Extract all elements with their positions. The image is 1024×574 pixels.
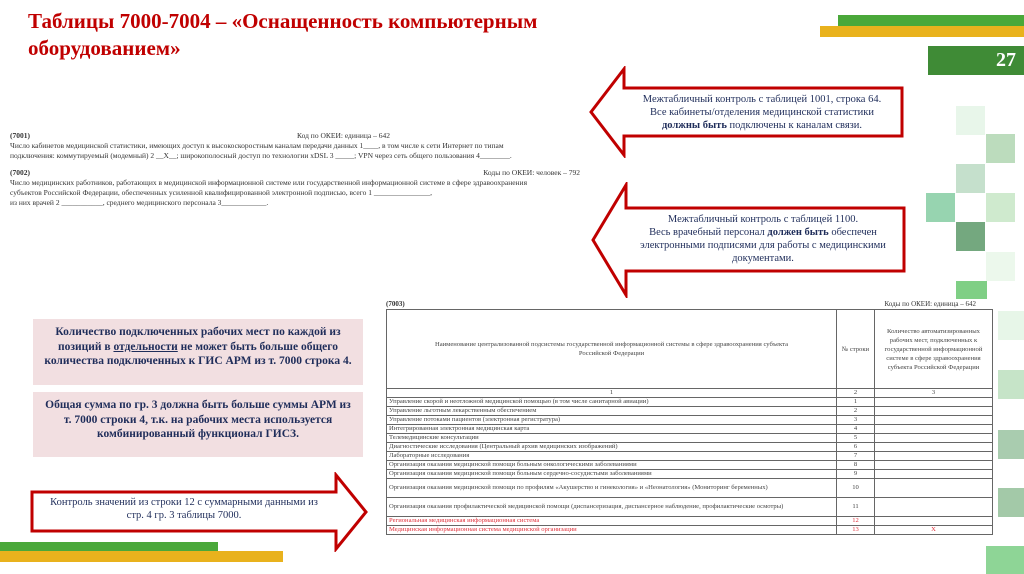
callout-arrow-1: Межтабличный контроль с таблицей 1001, с…	[588, 66, 908, 158]
row-name: Интегрированная электронная медицинская …	[387, 425, 837, 434]
table-7003-section: (7003) Коды по ОКЕИ: единица – 642 Наиме…	[386, 299, 994, 535]
note-box-1: Количество подключенных рабочих мест по …	[33, 319, 363, 385]
table-7003-code: (7003)	[386, 299, 405, 309]
deco-square	[926, 193, 955, 222]
table-header-row: Наименование централизованной подсистемы…	[387, 310, 993, 389]
deco-square	[986, 252, 1015, 281]
row-value-cell[interactable]	[875, 498, 993, 517]
row-name: Организация оказания медицинской помощи …	[387, 470, 837, 479]
form-7001-line: Число кабинетов медицинской статистики, …	[10, 141, 580, 151]
row-value-cell[interactable]	[875, 443, 993, 452]
row-value-cell[interactable]	[875, 398, 993, 407]
deco-square	[986, 546, 1024, 574]
row-name: Организация оказания медицинской помощи …	[387, 479, 837, 498]
row-name: Управление льготным лекарственным обеспе…	[387, 407, 837, 416]
row-number: 4	[837, 425, 875, 434]
column-numbers-row: 1 2 3	[387, 389, 993, 398]
top-yellow-bar	[820, 26, 1024, 37]
form-7002-code: (7002)	[10, 168, 30, 178]
callout-3-text: Контроль значений из строки 12 с суммарн…	[34, 496, 334, 522]
row-number: 5	[837, 434, 875, 443]
deco-square	[998, 488, 1024, 517]
table-row: Управление потоками пациентов (электронн…	[387, 416, 993, 425]
row-name: Управление потоками пациентов (электронн…	[387, 416, 837, 425]
form-7002-line: субъектов Российской Федерации, обеспече…	[10, 188, 580, 198]
row-value-cell[interactable]	[875, 425, 993, 434]
table-row: Диагностические исследования (Центральны…	[387, 443, 993, 452]
table-row: Региональная медицинская информационная …	[387, 517, 993, 526]
bottom-yellow-bar	[0, 551, 283, 562]
row-value-cell[interactable]	[875, 517, 993, 526]
header-count: Количество автоматизированных рабочих ме…	[875, 310, 993, 389]
table-row: Организация оказания медицинской помощи …	[387, 470, 993, 479]
row-value-cell[interactable]	[875, 407, 993, 416]
row-number: 11	[837, 498, 875, 517]
callout-arrow-2: Межтабличный контроль с таблицей 1100. В…	[590, 182, 910, 298]
deco-square	[998, 311, 1024, 340]
form-7002: (7002) Коды по ОКЕИ: человек – 792 Число…	[10, 168, 580, 208]
form-7002-okei: Коды по ОКЕИ: человек – 792	[483, 168, 580, 178]
row-number: 8	[837, 461, 875, 470]
header-name: Наименование централизованной подсистемы…	[387, 310, 837, 389]
row-name: Лабораторные исследования	[387, 452, 837, 461]
table-7003: Наименование централизованной подсистемы…	[386, 309, 993, 535]
row-number: 3	[837, 416, 875, 425]
deco-square	[986, 193, 1015, 222]
table-row: Медицинская информационная система медиц…	[387, 526, 993, 535]
table-row: Организация оказания медицинской помощи …	[387, 461, 993, 470]
row-name: Управление скорой и неотложной медицинск…	[387, 398, 837, 407]
table-row: Телемедицинские консультации5	[387, 434, 993, 443]
row-value-cell[interactable]	[875, 416, 993, 425]
slide-title: Таблицы 7000-7004 – «Оснащенность компью…	[28, 8, 668, 62]
row-name: Телемедицинские консультации	[387, 434, 837, 443]
row-number: 12	[837, 517, 875, 526]
row-value-cell[interactable]	[875, 479, 993, 498]
row-number: 13	[837, 526, 875, 535]
row-number: 2	[837, 407, 875, 416]
table-row: Управление льготным лекарственным обеспе…	[387, 407, 993, 416]
table-row: Организация оказания медицинской помощи …	[387, 479, 993, 498]
form-7001: (7001) Код по ОКЕИ: единица – 642 Число …	[10, 131, 580, 161]
form-7001-okei: Код по ОКЕИ: единица – 642	[297, 131, 390, 141]
callout-1-text: Межтабличный контроль с таблицей 1001, с…	[624, 93, 900, 132]
callout-arrow-3: Контроль значений из строки 12 с суммарн…	[30, 472, 370, 552]
row-name: Организация оказания медицинской помощи …	[387, 461, 837, 470]
table-row: Интегрированная электронная медицинская …	[387, 425, 993, 434]
form-7001-code: (7001)	[10, 131, 30, 141]
callout-2-text: Межтабличный контроль с таблицей 1100. В…	[618, 213, 908, 265]
form-7002-line: из них врачей 2 ___________, среднего ме…	[10, 198, 580, 208]
row-value-cell[interactable]	[875, 470, 993, 479]
deco-square	[956, 106, 985, 135]
row-name: Организация оказания профилактической ме…	[387, 498, 837, 517]
row-value-cell[interactable]	[875, 434, 993, 443]
row-name: Диагностические исследования (Центральны…	[387, 443, 837, 452]
deco-square	[998, 370, 1024, 399]
form-7002-line: Число медицинских работников, работающих…	[10, 178, 580, 188]
form-7001-line: подключения: коммутируемый (модемный) 2 …	[10, 151, 580, 161]
row-name: Региональная медицинская информационная …	[387, 517, 837, 526]
row-number: 1	[837, 398, 875, 407]
deco-square	[956, 164, 985, 193]
row-number: 7	[837, 452, 875, 461]
row-name: Медицинская информационная система медиц…	[387, 526, 837, 535]
row-value-cell[interactable]: X	[875, 526, 993, 535]
row-number: 9	[837, 470, 875, 479]
row-number: 6	[837, 443, 875, 452]
deco-square	[998, 430, 1024, 459]
header-row-number: № строки	[837, 310, 875, 389]
row-value-cell[interactable]	[875, 452, 993, 461]
table-row: Лабораторные исследования7	[387, 452, 993, 461]
deco-square	[956, 281, 987, 299]
row-number: 10	[837, 479, 875, 498]
deco-square	[986, 134, 1015, 163]
table-row: Управление скорой и неотложной медицинск…	[387, 398, 993, 407]
table-row: Организация оказания профилактической ме…	[387, 498, 993, 517]
row-value-cell[interactable]	[875, 461, 993, 470]
note-box-2: Общая сумма по гр. 3 должна быть больше …	[33, 392, 363, 457]
page-number: 27	[928, 46, 1024, 75]
deco-square	[956, 222, 985, 251]
table-7003-okei: Коды по ОКЕИ: единица – 642	[884, 299, 976, 309]
